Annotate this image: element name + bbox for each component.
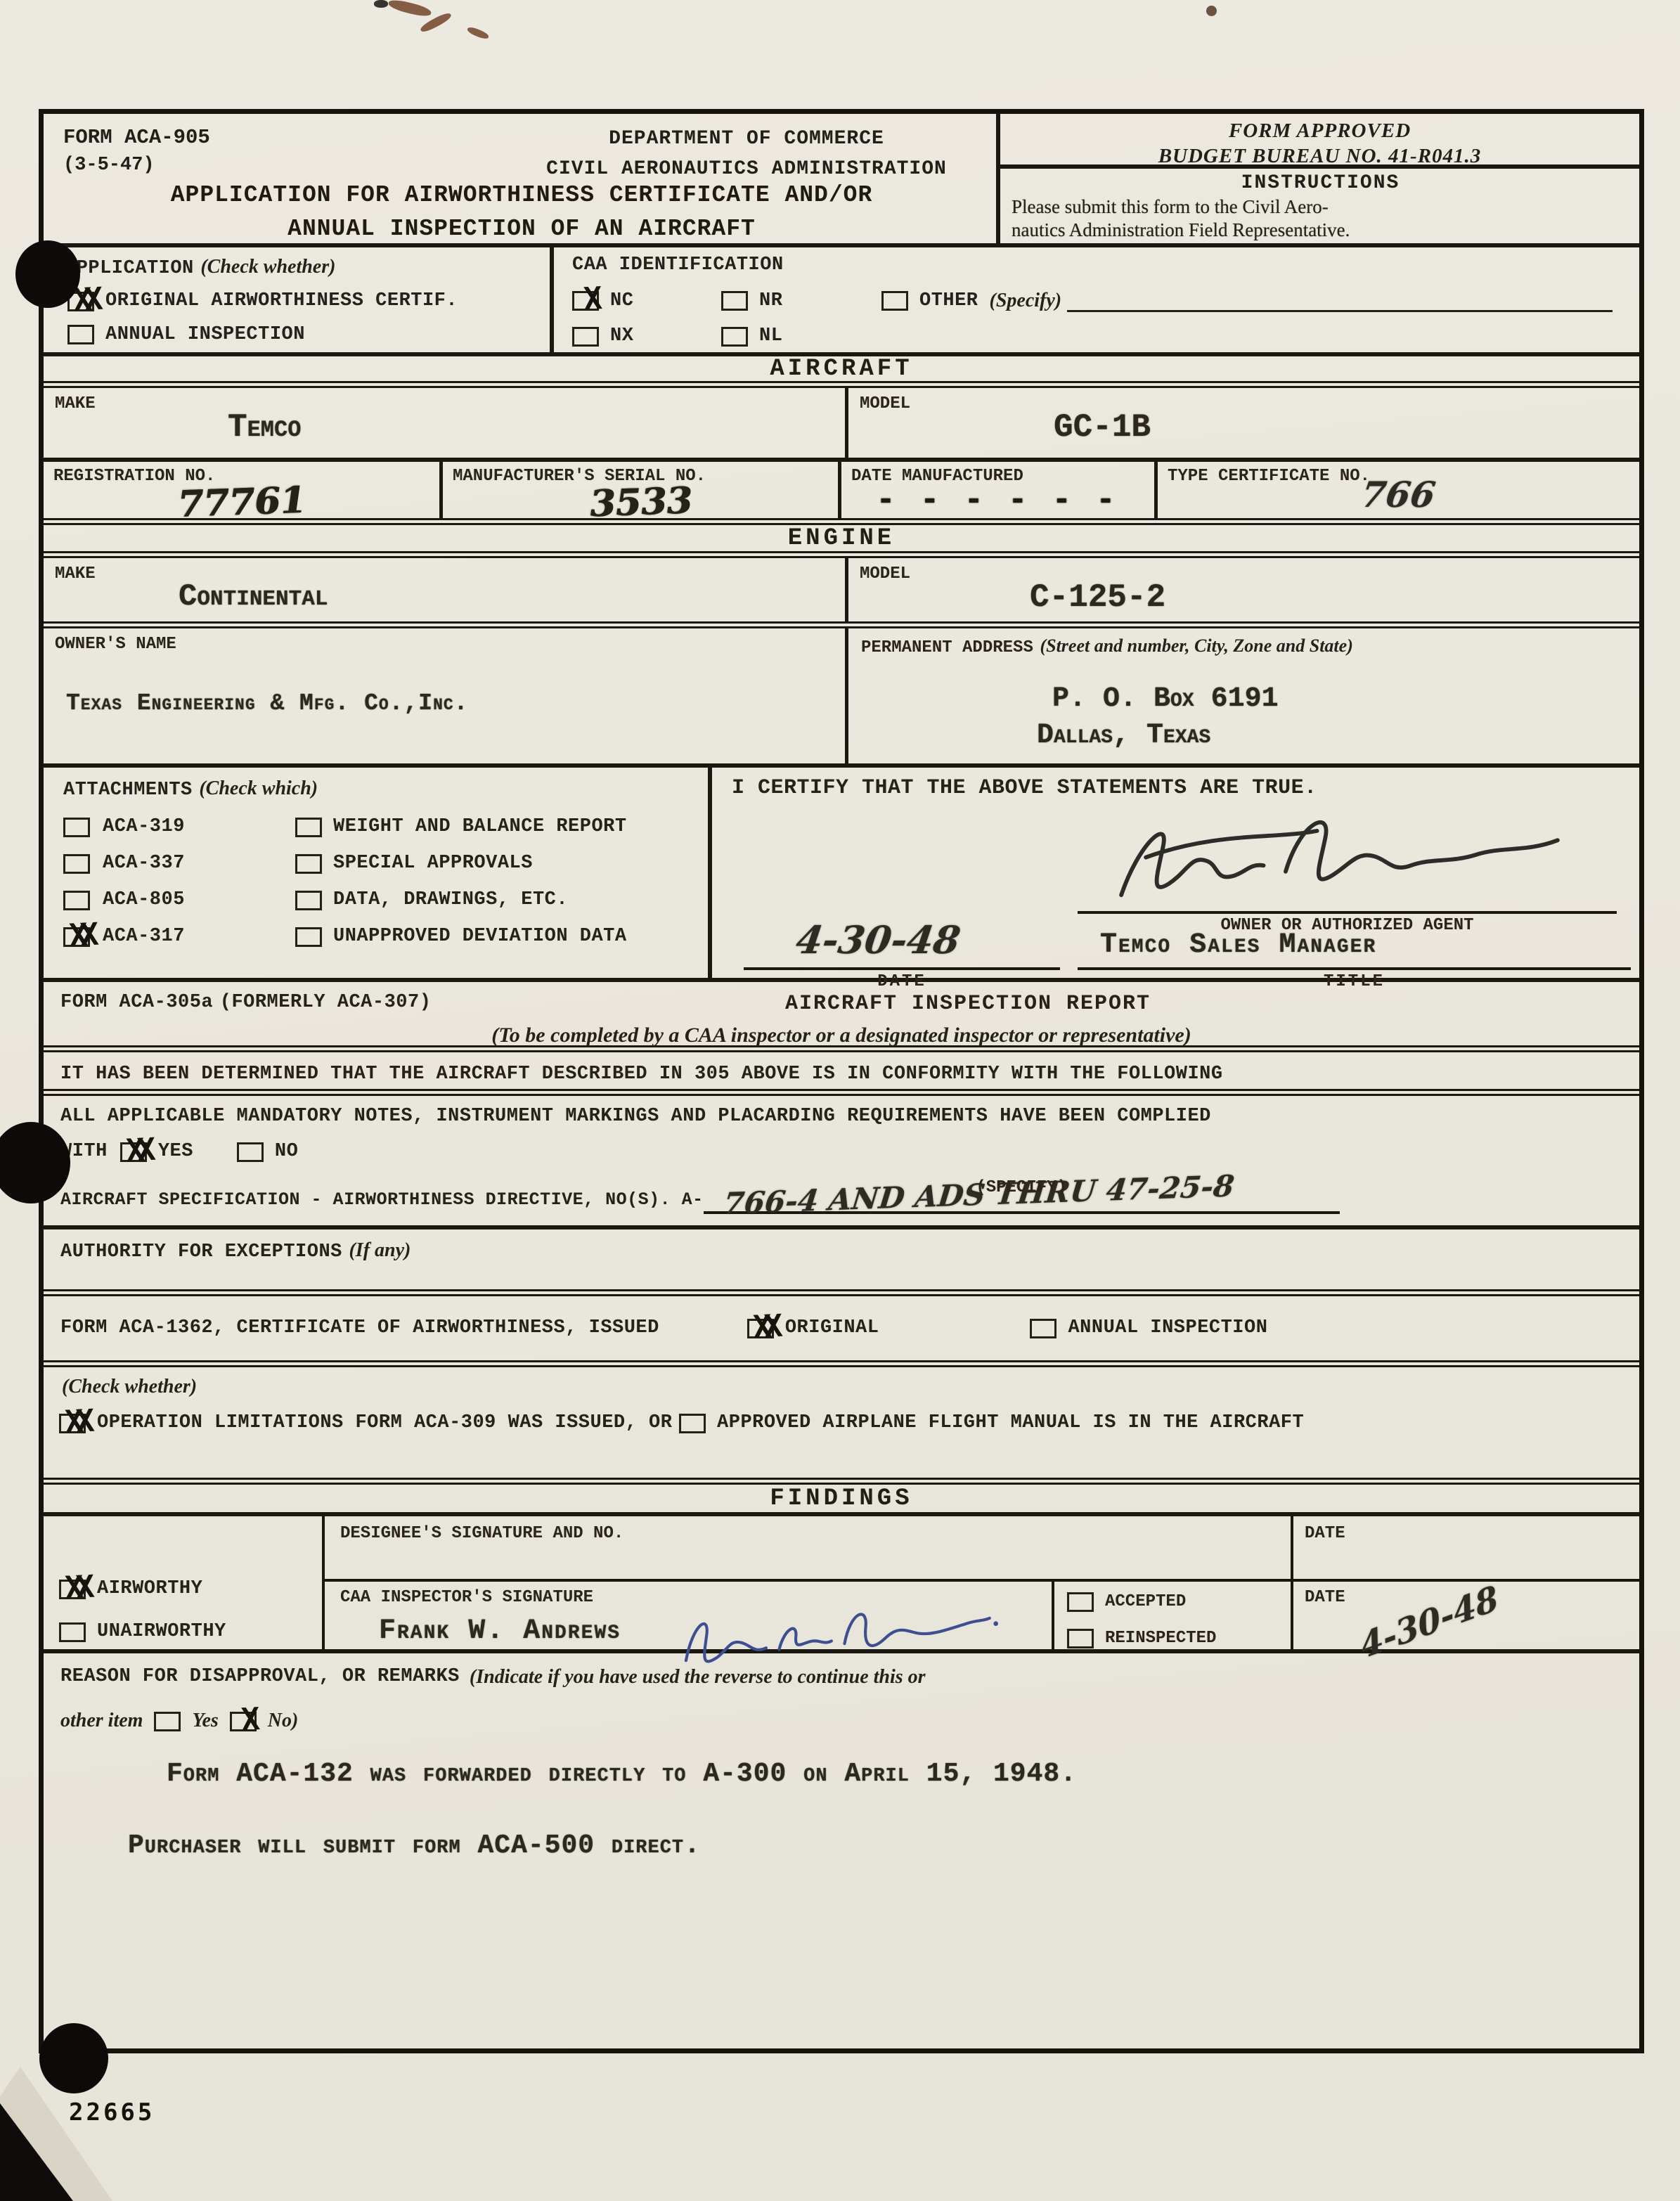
- other-specify-field[interactable]: [1067, 290, 1613, 312]
- attachment-row: ACA-337 SPECIAL APPROVALS: [63, 851, 708, 876]
- owner-name-label: OWNER'S NAME: [55, 634, 176, 655]
- option-label: ORIGINAL: [785, 1316, 879, 1341]
- ink-smudge: [466, 25, 489, 40]
- designee-signature-cell[interactable]: DESIGNEE'S SIGNATURE AND NO.: [325, 1516, 1291, 1579]
- instructions-line-1: Please submit this form to the Civil Aer…: [1012, 195, 1629, 219]
- determination-statement: IT HAS BEEN DETERMINED THAT THE AIRCRAFT…: [60, 1062, 1223, 1089]
- option-label: NR: [759, 289, 782, 314]
- inspection-report-header: FORM ACA-305a (FORMERLY ACA-307) AIRCRAF…: [44, 982, 1639, 1052]
- form-number: FORM ACA-905 (3-5-47): [63, 124, 210, 179]
- form-305a-formerly: (FORMERLY ACA-307): [220, 992, 432, 1013]
- application-caa-row: APPLICATION (Check whether) XX ORIGINAL …: [44, 247, 1639, 356]
- option-label: OPERATION LIMITATIONS FORM ACA-309 WAS I…: [97, 1411, 672, 1435]
- check-whether-row: (Check whether) XX OPERATION LIMITATIONS…: [44, 1367, 1639, 1485]
- checkbox-airworthy[interactable]: XX AIRWORTHY: [59, 1577, 322, 1601]
- checkbox-complied-no[interactable]: NO: [237, 1140, 298, 1164]
- inspector-signature-cell[interactable]: CAA INSPECTOR'S SIGNATURE Frank W. Andre…: [325, 1582, 1052, 1649]
- option-label: AIRWORTHY: [97, 1577, 202, 1601]
- findings-table: XX AIRWORTHY UNAIRWORTHY DESIGNEE'S SIGN…: [44, 1516, 1639, 1653]
- option-label: ACA-337: [103, 851, 185, 876]
- address-line-2: Dallas, Texas: [1037, 720, 1210, 751]
- check-mark: XX: [56, 1406, 96, 1439]
- checkbox-original-airworthiness-certif[interactable]: XX ORIGINAL AIRWORTHINESS CERTIF.: [67, 289, 458, 314]
- checkbox-weight-balance[interactable]: WEIGHT AND BALANCE REPORT: [295, 815, 627, 839]
- engine-make-cell: MAKE Continental: [44, 558, 845, 621]
- inspection-report-title: AIRCRAFT INSPECTION REPORT: [437, 990, 1499, 1018]
- check-mark: XX: [744, 1310, 784, 1343]
- checkbox-box[interactable]: XX: [59, 1580, 86, 1599]
- address-line-1: P. O. Box 6191: [1052, 683, 1279, 715]
- aircraft-model-value: GC-1B: [1054, 409, 1151, 446]
- punch-hole: [39, 2023, 108, 2093]
- title-line-1: APPLICATION FOR AIRWORTHINESS CERTIFICAT…: [128, 179, 915, 212]
- form-number-line: FORM ACA-905: [63, 124, 210, 153]
- checkbox-nr[interactable]: NR: [721, 289, 881, 314]
- checkbox-box[interactable]: [1067, 1629, 1094, 1648]
- check-mark: [1064, 1621, 1104, 1623]
- page-title: APPLICATION FOR AIRWORTHINESS CERTIFICAT…: [128, 179, 915, 246]
- inspector-row: CAA INSPECTOR'S SIGNATURE Frank W. Andre…: [325, 1582, 1639, 1649]
- checkbox-reinspected[interactable]: REINSPECTED: [1067, 1628, 1291, 1649]
- check-mark: [65, 317, 104, 319]
- checkbox-box[interactable]: XX: [63, 927, 90, 947]
- remarks-label: REASON FOR DISAPPROVAL, OR REMARKS: [60, 1665, 460, 1690]
- checkbox-special-approvals[interactable]: SPECIAL APPROVALS: [295, 851, 533, 876]
- budget-bureau-line: BUDGET BUREAU NO. 41-R041.3: [1000, 143, 1639, 169]
- archive-stamp-number: 22665: [69, 2100, 155, 2124]
- checkbox-issued-annual[interactable]: ANNUAL INSPECTION: [1030, 1316, 1267, 1341]
- checkbox-box[interactable]: XX: [59, 1414, 86, 1433]
- form-305a-number: FORM ACA-305a: [60, 992, 213, 1013]
- remarks-hint-line-1: (Indicate if you have used the reverse t…: [470, 1665, 926, 1690]
- caa-identification-label: CAA IDENTIFICATION: [572, 253, 1639, 278]
- check-mark: [292, 846, 332, 848]
- ink-dot: [1206, 6, 1217, 16]
- option-label: No): [268, 1708, 299, 1734]
- checkbox-nx[interactable]: NX: [572, 324, 721, 349]
- check-mark: [292, 882, 332, 884]
- serial-cell: MANUFACTURER'S SERIAL NO. 3533: [443, 462, 841, 518]
- header-right: FORM APPROVED BUDGET BUREAU NO. 41-R041.…: [996, 114, 1639, 243]
- checkbox-aca-317[interactable]: XX ACA-317: [63, 924, 295, 949]
- option-label: Yes: [192, 1708, 218, 1734]
- checkbox-other[interactable]: OTHER (Specify): [881, 288, 1613, 314]
- owner-row: OWNER'S NAME Texas Engineering & Mfg. Co…: [44, 628, 1639, 768]
- engine-make-model-row: MAKE Continental MODEL C-125-2: [44, 558, 1639, 628]
- registration-value: 77761: [175, 482, 308, 523]
- aca-1362-label: FORM ACA-1362, CERTIFICATE OF AIRWORTHIN…: [60, 1316, 659, 1341]
- application-label: APPLICATION: [65, 258, 194, 279]
- checkbox-aca-337[interactable]: ACA-337: [63, 851, 295, 876]
- checkbox-box[interactable]: [63, 854, 90, 874]
- checkbox-box[interactable]: [572, 327, 599, 347]
- check-mark: [292, 919, 332, 921]
- compliance-row: ALL APPLICABLE MANDATORY NOTES, INSTRUME…: [44, 1096, 1639, 1229]
- option-label: WEIGHT AND BALANCE REPORT: [333, 815, 627, 839]
- checkbox-box[interactable]: [67, 325, 94, 344]
- option-label: REINSPECTED: [1105, 1628, 1216, 1649]
- checkbox-box[interactable]: [881, 291, 908, 311]
- form-revision-date: (3-5-47): [63, 153, 210, 179]
- date-manufactured-cell: DATE MANUFACTURED - - - - - -: [841, 462, 1158, 518]
- check-mark: [569, 319, 609, 321]
- findings-section-header: FINDINGS: [44, 1485, 1639, 1516]
- option-label: NO: [275, 1140, 298, 1164]
- check-mark: [60, 846, 100, 848]
- designee-date-cell[interactable]: DATE: [1291, 1516, 1639, 1579]
- form-approved-line: FORM APPROVED: [1000, 118, 1639, 143]
- department-line: DEPARTMENT OF COMMERCE: [493, 124, 1000, 154]
- specify-label: (SPECIFY): [704, 1177, 1340, 1199]
- attachments-hint: (Check which): [199, 777, 318, 799]
- option-label: NL: [759, 324, 782, 349]
- form-305a-reference: FORM ACA-305a (FORMERLY ACA-307): [60, 990, 431, 1015]
- header-left: FORM ACA-905 (3-5-47) DEPARTMENT OF COMM…: [44, 114, 996, 243]
- make-label: MAKE: [55, 394, 96, 415]
- type-certificate-value: 766: [1359, 477, 1437, 512]
- aca-1362-row: FORM ACA-1362, CERTIFICATE OF AIRWORTHIN…: [44, 1296, 1639, 1367]
- specification-field[interactable]: 766-4 AND ADS THRU 47-25-8 (SPECIFY): [704, 1172, 1340, 1214]
- option-label: ANNUAL INSPECTION: [1068, 1316, 1267, 1341]
- application-hint: (Check whether): [200, 256, 335, 278]
- option-label: SPECIAL APPROVALS: [333, 851, 533, 876]
- check-mark: [1064, 1584, 1104, 1587]
- check-mark: [676, 1405, 716, 1407]
- checkbox-box[interactable]: [237, 1142, 264, 1162]
- checkbox-box[interactable]: [1030, 1319, 1057, 1338]
- aircraft-section-title: AIRCRAFT: [770, 357, 912, 381]
- option-label: ORIGINAL AIRWORTHINESS CERTIF.: [105, 289, 458, 314]
- option-label: ACA-317: [103, 924, 185, 949]
- checkbox-data-drawings[interactable]: DATA, DRAWINGS, ETC.: [295, 888, 568, 912]
- caa-identification-section: CAA IDENTIFICATION X NC NR OTHER (Specif…: [550, 247, 1639, 352]
- registration-cell: REGISTRATION NO. 77761: [44, 462, 443, 518]
- inspection-date-label: DATE: [1305, 1588, 1345, 1607]
- engine-model-cell: MODEL C-125-2: [845, 558, 1639, 621]
- serial-value: 3533: [587, 482, 694, 522]
- owner-name-value: Texas Engineering & Mfg. Co.,Inc.: [66, 690, 469, 716]
- option-label: ACCEPTED: [1105, 1592, 1186, 1613]
- engine-make-value: Continental: [179, 579, 328, 614]
- aircraft-section-header: AIRCRAFT: [44, 356, 1639, 388]
- checkbox-box[interactable]: [63, 891, 90, 910]
- checkbox-operation-limitations[interactable]: XX OPERATION LIMITATIONS FORM ACA-309 WA…: [59, 1411, 672, 1435]
- designee-row: DESIGNEE'S SIGNATURE AND NO. DATE: [325, 1516, 1639, 1582]
- designee-date-label: DATE: [1305, 1524, 1345, 1543]
- checkbox-issued-original[interactable]: XX ORIGINAL: [747, 1316, 879, 1341]
- check-mark: [718, 283, 758, 285]
- checkbox-nc[interactable]: X NC: [572, 289, 721, 314]
- aircraft-make-cell: MAKE Temco: [44, 388, 845, 458]
- option-label: UNAIRWORTHY: [97, 1620, 226, 1644]
- model-label: MODEL: [860, 394, 910, 415]
- engine-section-header: ENGINE: [44, 525, 1639, 558]
- acceptance-cell: ACCEPTED REINSPECTED: [1052, 1582, 1291, 1649]
- check-mark: XX: [117, 1134, 157, 1167]
- checkbox-aca-319[interactable]: ACA-319: [63, 815, 295, 839]
- owner-signature[interactable]: [1093, 793, 1589, 926]
- checkbox-reverse-no[interactable]: X No): [230, 1708, 299, 1734]
- check-mark: [718, 319, 758, 321]
- check-mark: [56, 1614, 96, 1616]
- attachment-row: ACA-319 WEIGHT AND BALANCE REPORT: [63, 815, 708, 839]
- authority-hint: (If any): [349, 1239, 411, 1261]
- check-mark: [60, 809, 100, 811]
- instructions-box: INSTRUCTIONS Please submit this form to …: [1000, 169, 1639, 243]
- instructions-line-2: nautics Administration Field Representat…: [1012, 219, 1629, 243]
- type-certificate-cell: TYPE CERTIFICATE NO. 766: [1158, 462, 1639, 518]
- check-mark: X: [569, 283, 609, 316]
- checkbox-reverse-yes[interactable]: Yes: [154, 1708, 218, 1734]
- option-label: APPROVED AIRPLANE FLIGHT MANUAL IS IN TH…: [717, 1411, 1304, 1435]
- ink-smudge: [387, 0, 432, 18]
- checkbox-unairworthy[interactable]: UNAIRWORTHY: [59, 1620, 322, 1644]
- checkbox-box[interactable]: X: [572, 291, 599, 311]
- form-header: FORM ACA-905 (3-5-47) DEPARTMENT OF COMM…: [44, 114, 1639, 247]
- certification-title-value: Temco Sales Manager: [1100, 929, 1376, 961]
- remarks-note-2: Purchaser will submit form ACA-500 direc…: [128, 1831, 701, 1861]
- check-mark: [151, 1703, 190, 1705]
- instructions-title: INSTRUCTIONS: [1012, 172, 1629, 195]
- certification-date-line[interactable]: [744, 967, 1060, 970]
- checkbox-box[interactable]: [679, 1414, 706, 1433]
- check-mark: [879, 283, 918, 285]
- date-manufactured-value: - - - - - -: [877, 482, 1118, 516]
- other-specify-hint: (Specify): [990, 288, 1062, 314]
- authority-exceptions-row: AUTHORITY FOR EXCEPTIONS (If any): [44, 1229, 1639, 1296]
- checkbox-flight-manual[interactable]: APPROVED AIRPLANE FLIGHT MANUAL IS IN TH…: [679, 1411, 1304, 1435]
- check-mark: [292, 809, 332, 811]
- check-mark: XX: [56, 1571, 96, 1604]
- option-label: DATA, DRAWINGS, ETC.: [333, 888, 568, 912]
- owner-name-cell: OWNER'S NAME Texas Engineering & Mfg. Co…: [44, 628, 845, 763]
- specification-label: AIRCRAFT SPECIFICATION - AIRWORTHINESS D…: [60, 1189, 704, 1212]
- designee-signature-label: DESIGNEE'S SIGNATURE AND NO.: [340, 1524, 623, 1543]
- checkbox-box[interactable]: [154, 1712, 181, 1731]
- aircraft-identification-row: REGISTRATION NO. 77761 MANUFACTURER'S SE…: [44, 462, 1639, 525]
- attachments-certification-row: ATTACHMENTS (Check which) ACA-319 WEIGHT…: [44, 768, 1639, 982]
- checkbox-box[interactable]: XX: [747, 1319, 774, 1338]
- checkbox-complied-yes[interactable]: XX YES: [120, 1140, 193, 1164]
- remarks-hint-line-2: other item: [60, 1708, 143, 1734]
- check-mark: [1028, 1310, 1067, 1312]
- checkbox-accepted[interactable]: ACCEPTED: [1067, 1592, 1291, 1613]
- engine-model-value: C-125-2: [1030, 579, 1165, 616]
- authority-label: AUTHORITY FOR EXCEPTIONS: [60, 1241, 342, 1263]
- check-mark: [60, 882, 100, 884]
- certification-statement: I CERTIFY THAT THE ABOVE STATEMENTS ARE …: [732, 775, 1317, 802]
- option-label: NX: [610, 324, 633, 349]
- application-section: APPLICATION (Check whether) XX ORIGINAL …: [44, 247, 550, 352]
- inspection-date-cell[interactable]: DATE 4-30-48: [1291, 1582, 1639, 1649]
- findings-signature-cells: DESIGNEE'S SIGNATURE AND NO. DATE CAA IN…: [325, 1516, 1639, 1649]
- aircraft-make-value: Temco: [228, 409, 301, 446]
- attachments-label: ATTACHMENTS: [63, 780, 193, 801]
- option-label: YES: [158, 1140, 193, 1164]
- option-label: UNAPPROVED DEVIATION DATA: [333, 924, 627, 949]
- title-line-2: ANNUAL INSPECTION OF AN AIRCRAFT: [128, 212, 915, 246]
- airworthiness-application-form: FORM ACA-905 (3-5-47) DEPARTMENT OF COMM…: [39, 109, 1644, 2053]
- option-label: ACA-805: [103, 888, 185, 912]
- scanned-form-page: { "header": { "form_number": "FORM ACA-9…: [0, 0, 1680, 2201]
- aircraft-model-cell: MODEL GC-1B: [845, 388, 1639, 458]
- check-mark: [234, 1134, 273, 1136]
- owner-address-cell: PERMANENT ADDRESS (Street and number, Ci…: [845, 628, 1639, 763]
- attachment-row: ACA-805 DATA, DRAWINGS, ETC.: [63, 888, 708, 912]
- compliance-statement: ALL APPLICABLE MANDATORY NOTES, INSTRUME…: [60, 1104, 1211, 1129]
- checkbox-unapproved-deviation[interactable]: UNAPPROVED DEVIATION DATA: [295, 924, 627, 949]
- check-mark: XX: [60, 919, 101, 952]
- certification-date-value: 4-30-48: [794, 921, 962, 959]
- make-label: MAKE: [55, 564, 96, 585]
- checkbox-box[interactable]: [721, 327, 748, 347]
- remarks-note-1: Form ACA-132 was forwarded directly to A…: [167, 1759, 1077, 1789]
- inspection-report-subtitle: (To be completed by a CAA inspector or a…: [44, 1021, 1639, 1049]
- checkbox-box[interactable]: [721, 291, 748, 311]
- checkbox-annual-inspection[interactable]: ANNUAL INSPECTION: [67, 323, 305, 347]
- ink-dot: [374, 0, 388, 8]
- checkbox-box[interactable]: [295, 854, 322, 874]
- checkbox-box[interactable]: [295, 927, 322, 947]
- option-label: NC: [610, 289, 633, 314]
- checkbox-box[interactable]: [295, 818, 322, 837]
- owner-signature-line[interactable]: [1078, 911, 1617, 914]
- address-hint: (Street and number, City, Zone and State…: [1040, 635, 1352, 656]
- airworthiness-verdict-cell: XX AIRWORTHY UNAIRWORTHY: [44, 1516, 325, 1649]
- aircraft-make-model-row: MAKE Temco MODEL GC-1B: [44, 388, 1639, 462]
- option-label: OTHER: [919, 289, 978, 314]
- checkbox-box[interactable]: [1067, 1592, 1094, 1612]
- checkbox-nl[interactable]: NL: [721, 324, 881, 349]
- address-label: PERMANENT ADDRESS: [861, 638, 1033, 657]
- checkbox-box[interactable]: [63, 818, 90, 837]
- punch-hole: [15, 240, 80, 308]
- checkbox-box[interactable]: [59, 1622, 86, 1642]
- check-mark: X: [226, 1703, 267, 1736]
- certification-title-line[interactable]: [1078, 967, 1631, 970]
- certification-section: I CERTIFY THAT THE ABOVE STATEMENTS ARE …: [708, 768, 1639, 978]
- engine-section-title: ENGINE: [788, 527, 895, 550]
- determination-row: IT HAS BEEN DETERMINED THAT THE AIRCRAFT…: [44, 1052, 1639, 1096]
- remarks-section: REASON FOR DISAPPROVAL, OR REMARKS (Indi…: [44, 1653, 1639, 2048]
- checkbox-aca-805[interactable]: ACA-805: [63, 888, 295, 912]
- findings-section-title: FINDINGS: [770, 1487, 912, 1511]
- agency-name: DEPARTMENT OF COMMERCE CIVIL AERONAUTICS…: [493, 124, 1000, 185]
- inspection-date-value: 4-30-48: [1357, 1581, 1501, 1664]
- attachments-section: ATTACHMENTS (Check which) ACA-319 WEIGHT…: [44, 768, 708, 978]
- attachment-row: XX ACA-317 UNAPPROVED DEVIATION DATA: [63, 924, 708, 949]
- checkbox-box[interactable]: [295, 891, 322, 910]
- checkbox-box[interactable]: X: [230, 1712, 257, 1731]
- model-label: MODEL: [860, 564, 910, 585]
- option-label: ANNUAL INSPECTION: [105, 323, 305, 347]
- budget-approval-box: FORM APPROVED BUDGET BUREAU NO. 41-R041.…: [1000, 114, 1639, 169]
- checkbox-box[interactable]: XX: [120, 1142, 147, 1162]
- check-whether-hint: (Check whether): [62, 1374, 1304, 1400]
- option-label: ACA-319: [103, 815, 185, 839]
